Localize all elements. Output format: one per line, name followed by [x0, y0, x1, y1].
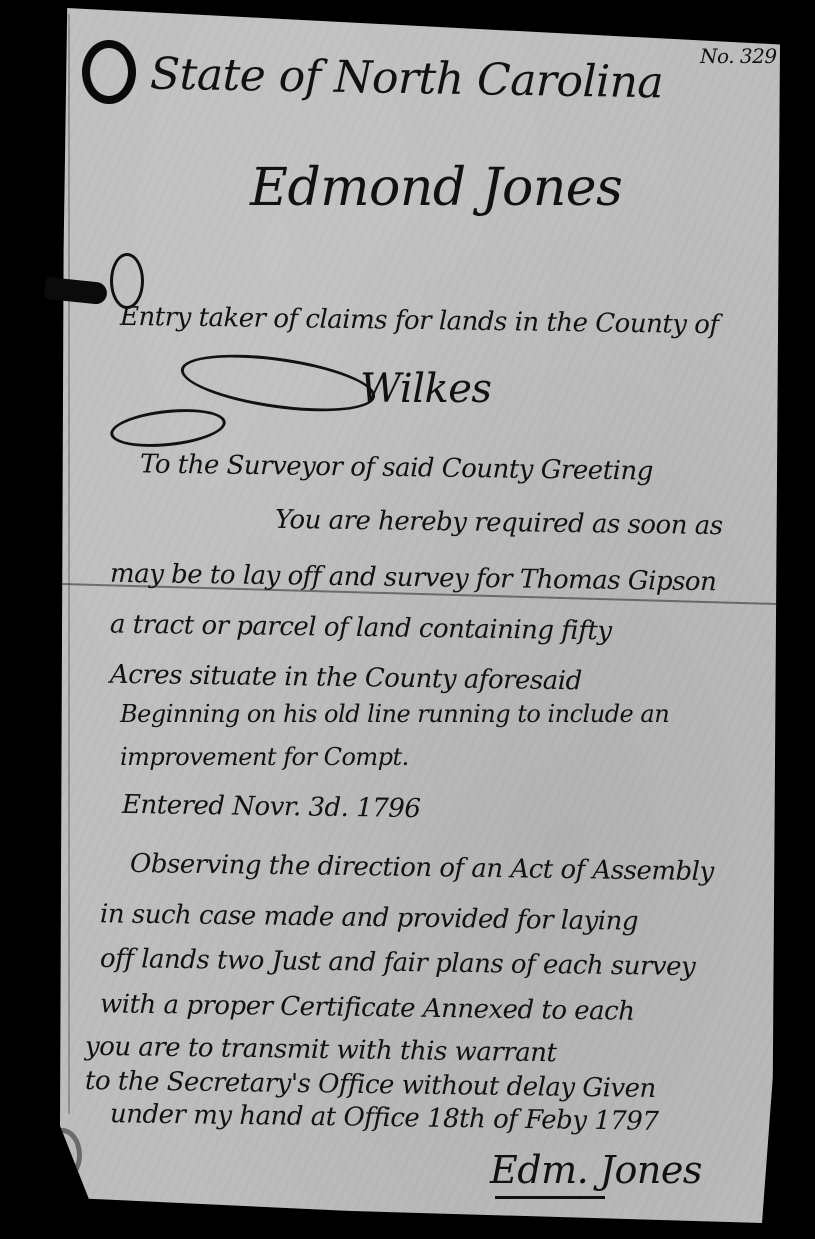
- document-page: No. 329 State of North Carolina Edmond J…: [60, 8, 780, 1223]
- body-line-5: Acres situate in the County aforesaid: [110, 660, 582, 697]
- issuer-name: Edmond Jones: [250, 158, 622, 218]
- closing-line-2: in such case made and provided for layin…: [100, 899, 638, 937]
- body-line-3: may be to lay off and survey for Thomas …: [110, 559, 717, 597]
- document-heading: State of North Carolina: [150, 49, 664, 109]
- faint-o-mark-icon: [42, 1128, 82, 1182]
- entry-taker-line: Entry taker of claims for lands in the C…: [120, 302, 719, 340]
- body-line-1: To the Surveyor of said County Greeting: [140, 449, 653, 486]
- signature: Edm. Jones: [490, 1148, 702, 1192]
- closing-line-4: with a proper Certificate Annexed to eac…: [100, 989, 635, 1026]
- flourish-e-icon: [110, 253, 144, 309]
- page-margin-line: [68, 14, 70, 1114]
- document-number: No. 329: [700, 44, 777, 68]
- flourish-w-icon: [177, 345, 378, 422]
- closing-line-3: off lands two Just and fair plans of eac…: [100, 944, 696, 982]
- closing-line-5: you are to transmit with this warrant: [85, 1032, 557, 1069]
- closing-line-1: Observing the direction of an Act of Ass…: [130, 849, 714, 887]
- signature-underline: [495, 1196, 605, 1199]
- seal-o-mark-icon: [82, 40, 136, 104]
- scan-stage: No. 329 State of North Carolina Edmond J…: [0, 0, 815, 1239]
- county-name: Wilkes: [360, 366, 491, 412]
- closing-line-7: under my hand at Office 18th of Feby 179…: [110, 1099, 659, 1137]
- closing-line-6: to the Secretary's Office without delay …: [85, 1066, 656, 1104]
- entered-date: Entered Novr. 3d. 1796: [122, 790, 421, 824]
- body-line-7: improvement for Compt.: [120, 743, 409, 771]
- body-line-6: Beginning on his old line running to inc…: [120, 700, 669, 728]
- flourish-t-icon: [108, 404, 227, 452]
- body-line-2: You are hereby required as soon as: [275, 505, 723, 541]
- body-line-4: a tract or parcel of land containing fif…: [110, 610, 612, 647]
